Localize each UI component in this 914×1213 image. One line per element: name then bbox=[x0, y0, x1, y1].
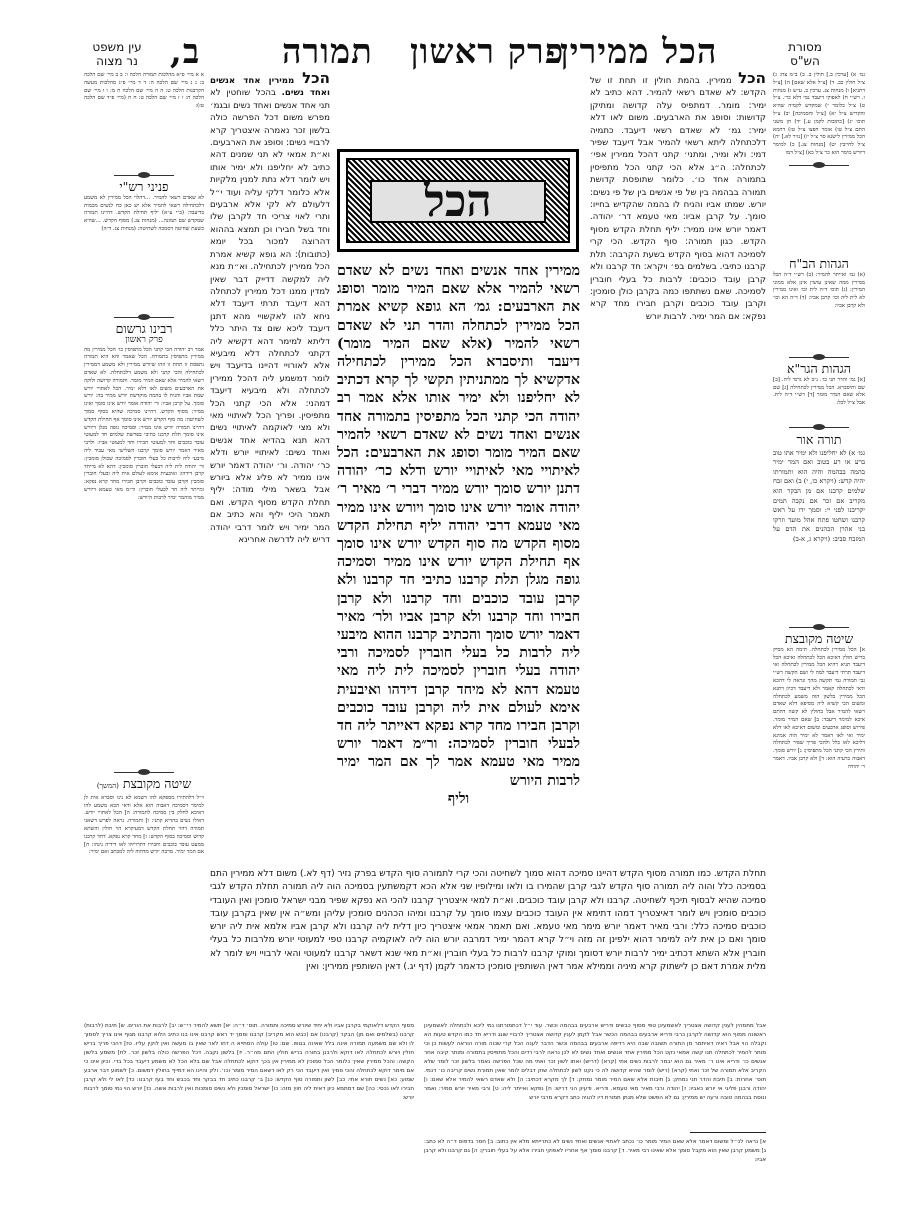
rabbeinu-gershom-subtitle: פרק ראשון bbox=[84, 337, 204, 345]
masoret-hashas-label: מסורת הש"ס bbox=[770, 40, 840, 68]
footnotes-bottom-notes: א] נראה לכ״ל ומשום דאמר אלא שאם המיר מומ… bbox=[424, 1138, 766, 1162]
ein-mishpat-text: א א מיי׳ פ״א מהלכות תמורה הלכה ו: ב ב מי… bbox=[84, 72, 204, 109]
rashi-commentary: הכל ממירין. בהמת חולין זו תחת זו של הקדש… bbox=[590, 72, 766, 862]
shita-mekubetzet-right-section: שיטה מקובצת א] הכל ממירין לכתחלה. תימה ה… bbox=[773, 620, 865, 1180]
opening-word: הכל bbox=[370, 180, 546, 223]
hagahot-habach-section: הגהות הב"ח (א) גמ׳ ואייתר להמיר: (ב) רש״… bbox=[773, 256, 865, 348]
gemara-catchword: וליף bbox=[337, 790, 580, 808]
rabbeinu-gershom-text: אמר רב יהודה הכי קתני הכל מתפיסין כו׳ הכ… bbox=[84, 347, 204, 501]
hagahot-habach-text: (א) גמ׳ ואייתר להמיר: (ב) רש״י ד״ה הכל מ… bbox=[773, 272, 865, 309]
chapter-name: פרק ראשון bbox=[410, 32, 564, 72]
hagahot-habach-title: הגהות הב"ח bbox=[773, 260, 865, 268]
chapter-title: הכל ממירין bbox=[560, 32, 717, 72]
pninei-rashi-section: פניני רש"י לא שאדם רשאי להמיר. ...דהלוי … bbox=[84, 168, 204, 308]
tosafot-opening-word: הכל bbox=[302, 72, 330, 87]
footnote-rule bbox=[690, 1132, 766, 1133]
ein-mishpat-label: עין משפט נר מצוה bbox=[82, 40, 152, 68]
pninei-rashi-title: פניני רש"י bbox=[84, 183, 204, 191]
torah-or-text: גמ׳ א) לא יחליפנו ולא ימיר אתו טוב ברע א… bbox=[773, 449, 865, 543]
footnotes-right-block: אבל מתמהין לענין קדושה אצטריך לאשמעינן ט… bbox=[424, 1022, 766, 1132]
section-divider bbox=[789, 357, 849, 358]
torah-or-title: תורה אור bbox=[773, 435, 865, 445]
shita-mekubetzet-left-subtitle: (המשך) bbox=[97, 782, 119, 790]
section-divider bbox=[789, 627, 849, 628]
rashi-text: ממירין. בהמת חולין זו תחת זו של הקדש: לא… bbox=[590, 76, 766, 322]
opening-word-frame: הכל bbox=[337, 149, 579, 252]
footnotes-bottom-text: א] נראה לכ״ל ומשום דאמר אלא שאם המיר מומ… bbox=[424, 1139, 766, 1163]
shita-mekubetzet-right-title: שיטה מקובצת bbox=[773, 635, 865, 643]
rashi-opening-word: הכל bbox=[738, 72, 766, 87]
ein-mishpat-label-line1: עין משפט bbox=[82, 40, 152, 54]
footnotes-right-text: אבל מתמהין לענין קדושה אצטריך לאשמעינן ט… bbox=[424, 1023, 766, 1101]
shita-mekubetzet-left-title-text: שיטה מקובצת bbox=[123, 776, 191, 791]
hagahot-hagra-section: הגהות הגר"א [א] גמ׳ והדר תני כו׳. נ״ב לא… bbox=[773, 350, 865, 420]
gemara-lead-word: ממירין bbox=[545, 263, 580, 279]
lower-tosafot-text: תחלת הקדש. כמו תמורה מסוף הקדש דהיינו סמ… bbox=[210, 869, 766, 972]
masoret-hashas-label-line1: מסורת bbox=[770, 40, 840, 54]
ein-mishpat-label-line2: נר מצוה bbox=[82, 54, 152, 68]
shita-mekubetzet-right-text: א] הכל ממירין לכתחלה. תימה הא מסיק בריש … bbox=[773, 647, 865, 770]
tosafot-commentary: הכל ממירין אחד אנשים ואחד נשים. בהכל שוח… bbox=[210, 72, 330, 862]
tractate-name: תמורה bbox=[282, 32, 373, 72]
pninei-rashi-text: לא שאדם רשאי להמיר. ...דהלוי הכל ממירין … bbox=[84, 195, 204, 232]
footnotes-left-block: מסוף הקדש דלאוקמי בקרבן אביו ולא יחיד שי… bbox=[84, 1022, 414, 1172]
rabbeinu-gershom-section: רבינו גרשום פרק ראשון אמר רב יהודה הכי ק… bbox=[84, 310, 204, 760]
hagahot-hagra-text: [א] גמ׳ והדר תני כו׳. נ״ב לא גרסי ליה. [… bbox=[773, 377, 865, 406]
masoret-hashas-label-line2: הש"ס bbox=[770, 54, 840, 68]
rashi-top-continuation bbox=[337, 72, 587, 142]
gemara-text: אחד אנשים ואחד נשים לא שאדם רשאי להמיר א… bbox=[337, 263, 580, 789]
shita-mekubetzet-left-title: שיטה מקובצת (המשך) bbox=[84, 780, 204, 791]
lower-tosafot-continuation: תחלת הקדש. כמו תמורה מסוף הקדש דהיינו סמ… bbox=[210, 868, 766, 1018]
gemara-main-text: ממירין אחד אנשים ואחד נשים לא שאדם רשאי … bbox=[337, 262, 580, 867]
section-divider bbox=[114, 317, 174, 318]
shita-mekubetzet-left-text: וי״ל דלהתירו מספקא להו דשמא לא נינו וסבר… bbox=[84, 795, 204, 856]
footnotes-left-text: מסוף הקדש דלאוקמי בקרבן אביו ולא יחיד שי… bbox=[84, 1023, 414, 1101]
section-divider bbox=[789, 427, 849, 428]
masoret-hashas-column: גמ׳ א) [ערכין ב.] חולין ב. ב) ב״מ צח: ג)… bbox=[773, 72, 865, 252]
tosafot-text: בהכל שוחטין לא תני אחד אנשים ואחד נשים ו… bbox=[210, 88, 330, 545]
rabbeinu-gershom-title: רבינו גרשום bbox=[84, 325, 204, 333]
ein-mishpat-column: א א מיי׳ פ״א מהלכות תמורה הלכה ו: ב ב מי… bbox=[84, 72, 204, 164]
section-divider bbox=[114, 175, 174, 176]
talmud-page: עין משפט נר מצוה ב, תמורה פרק ראשון הכל … bbox=[0, 0, 914, 1213]
folio-number: ב, bbox=[170, 32, 200, 72]
torah-or-section: תורה אור גמ׳ א) לא יחליפנו ולא ימיר אתו … bbox=[773, 420, 865, 620]
section-divider bbox=[789, 165, 849, 166]
masoret-hashas-text: גמ׳ א) [ערכין ב.] חולין ב. ב) ב״מ צח: ג)… bbox=[773, 72, 865, 156]
section-divider bbox=[114, 772, 174, 773]
shita-mekubetzet-left-section: שיטה מקובצת (המשך) וי״ל דלהתירו מספקא לה… bbox=[84, 765, 204, 1020]
hagahot-hagra-title: הגהות הגר"א bbox=[773, 365, 865, 373]
